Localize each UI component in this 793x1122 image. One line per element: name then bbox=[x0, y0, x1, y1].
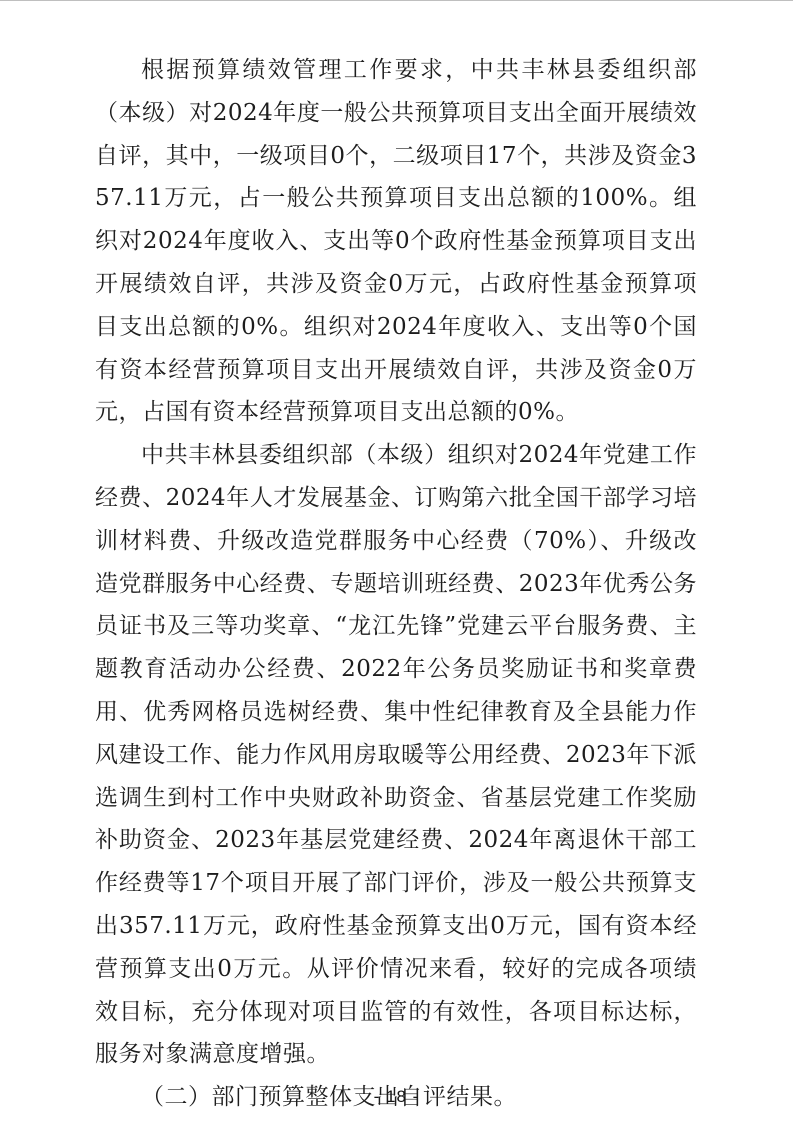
page-number: - 18 - bbox=[0, 1087, 793, 1107]
document-body: 根据预算绩效管理工作要求，中共丰林县委组织部（本级）对2024年度一般公共预算项… bbox=[95, 49, 697, 1119]
paragraph-project-self-evaluation: 根据预算绩效管理工作要求，中共丰林县委组织部（本级）对2024年度一般公共预算项… bbox=[95, 49, 697, 434]
document-page: 根据预算绩效管理工作要求，中共丰林县委组织部（本级）对2024年度一般公共预算项… bbox=[0, 0, 793, 1122]
paragraph-department-evaluation: 中共丰林县委组织部（本级）组织对2024年党建工作经费、2024年人才发展基金、… bbox=[95, 434, 697, 1076]
page-top-edge-line bbox=[0, 0, 793, 1]
